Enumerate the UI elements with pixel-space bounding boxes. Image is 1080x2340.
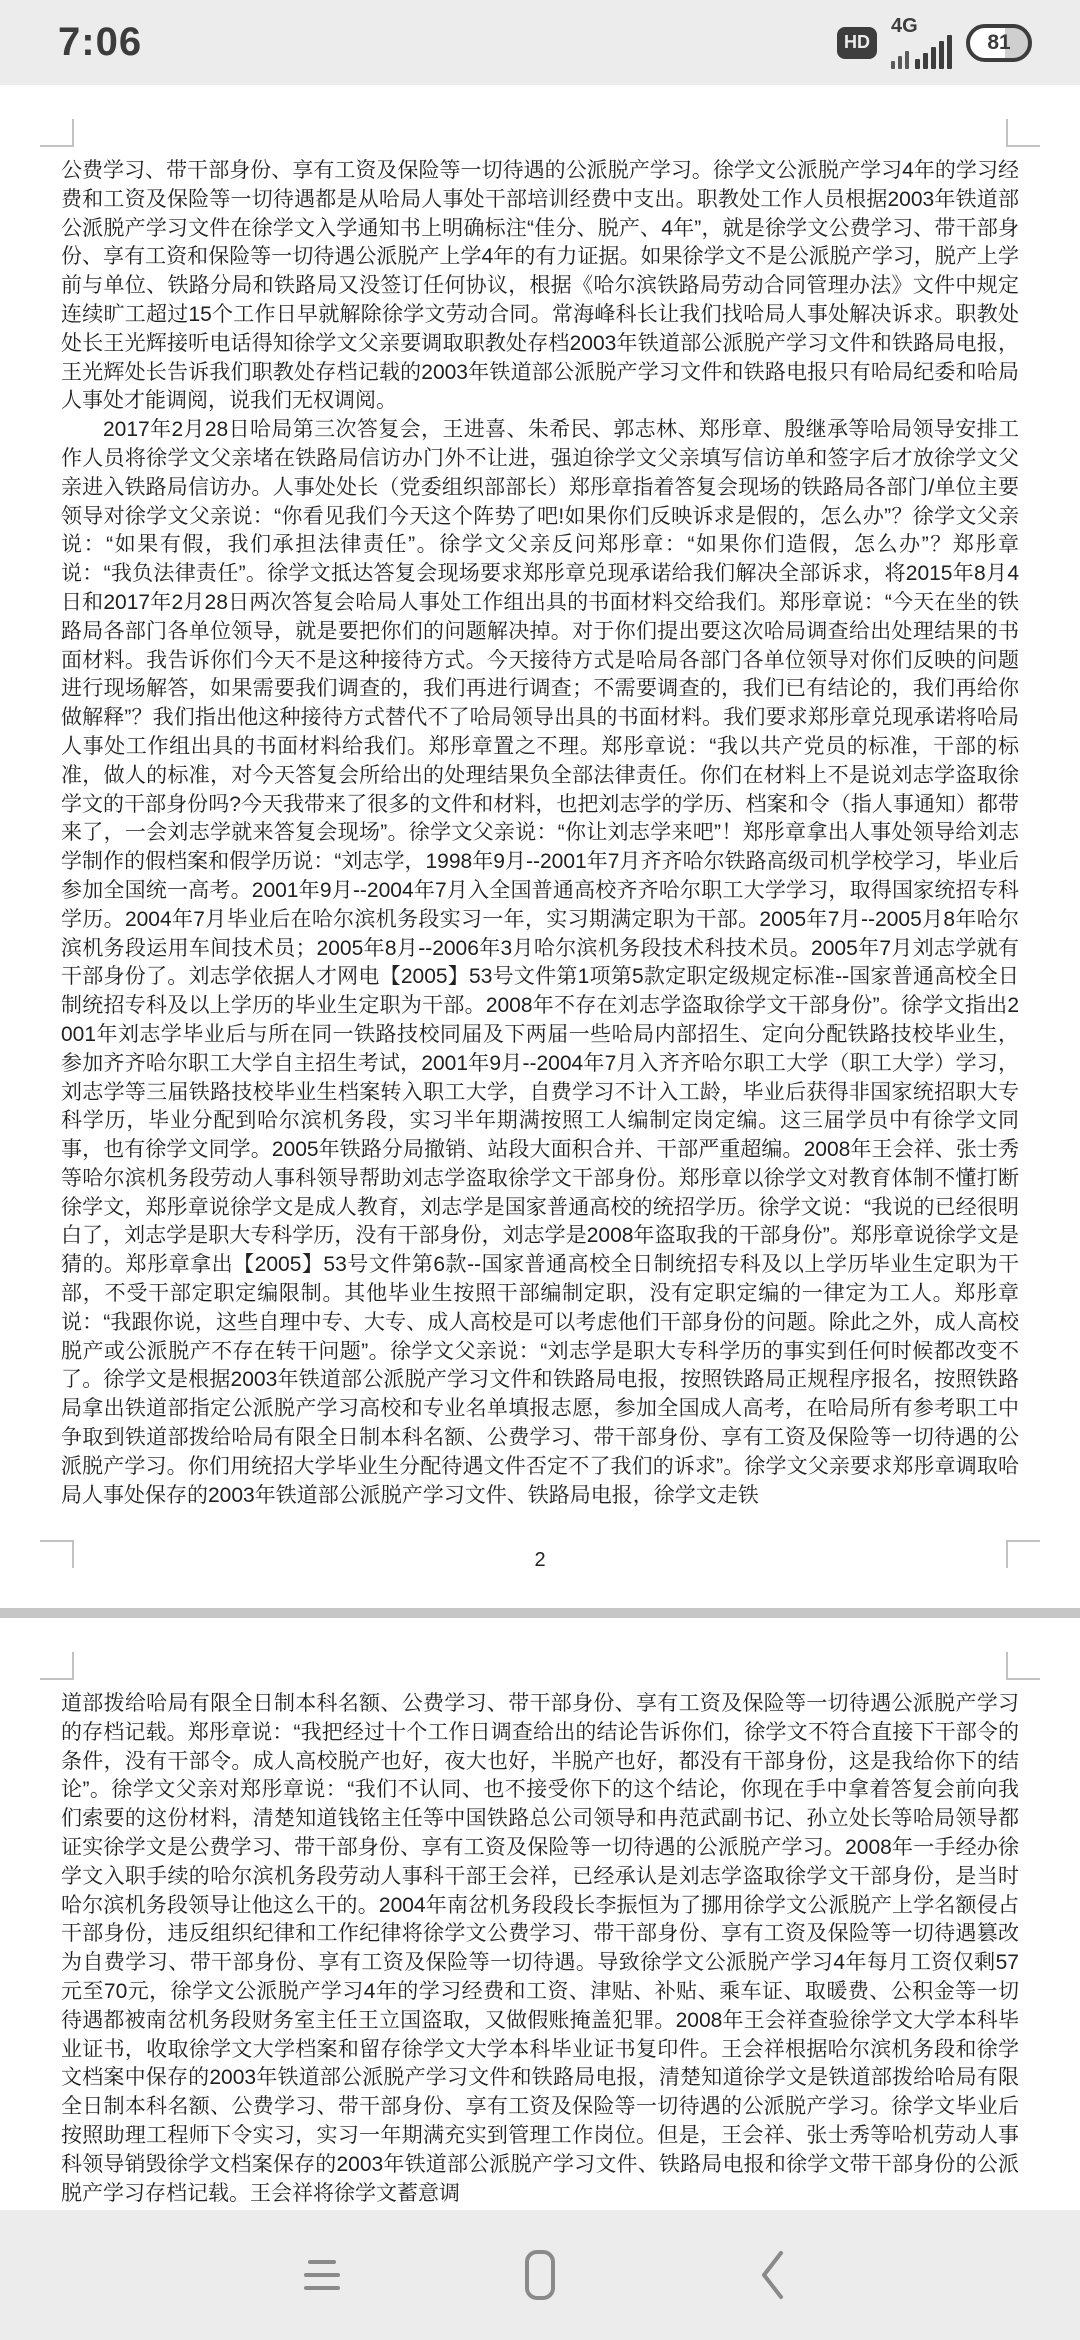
hd-volte-icon: HD [837, 27, 877, 59]
paragraph: 公费学习、带干部身份、享有工资及保险等一切待遇的公派脱产学习。徐学文公派脱产学习… [61, 157, 1019, 416]
battery-percent: 81 [987, 31, 1010, 55]
phone-screen: { "status_bar": { "time": "7:06", "hd_la… [0, 0, 1080, 2340]
page-number: 2 [0, 1549, 1080, 1572]
page-gap-divider [0, 1608, 1080, 1618]
battery-icon: 81 [966, 24, 1032, 62]
page-2-text: 道部拨给哈局有限全日制本科名额、公费学习、带干部身份、享有工资及保险等一切待遇公… [61, 1690, 1019, 2208]
document-page-2[interactable]: 道部拨给哈局有限全日制本科名额、公费学习、带干部身份、享有工资及保险等一切待遇公… [0, 1618, 1080, 2210]
back-button[interactable] [712, 2210, 832, 2340]
paragraph: 2017年2月28日哈局第三次答复会，王进喜、朱希民、郭志林、郑彤章、殷继承等哈… [61, 416, 1019, 1510]
document-scroll-area[interactable]: 公费学习、带干部身份、享有工资及保险等一切待遇的公派脱产学习。徐学文公派脱产学习… [0, 85, 1080, 2210]
clock-time: 7:06 [58, 20, 142, 65]
status-bar: 7:06 HD 4G 81 [0, 0, 1080, 85]
back-chevron-icon [759, 2250, 785, 2300]
document-page-1[interactable]: 公费学习、带干部身份、享有工资及保险等一切待遇的公派脱产学习。徐学文公派脱产学习… [0, 85, 1080, 1608]
cellular-signal-icon: 4G [891, 17, 952, 69]
page-1-text: 公费学习、带干部身份、享有工资及保险等一切待遇的公派脱产学习。徐学文公派脱产学习… [61, 157, 1019, 1510]
home-button[interactable] [480, 2210, 600, 2340]
status-icons: HD 4G 81 [837, 17, 1032, 69]
margin-crop-mark-top-left-icon [40, 1652, 74, 1680]
margin-crop-mark-top-right-icon [1006, 1652, 1040, 1680]
signal-bars-sim2-icon [891, 51, 909, 69]
recents-menu-button[interactable] [262, 2210, 382, 2340]
network-type-label: 4G [891, 15, 918, 38]
menu-icon [304, 2260, 340, 2290]
home-icon [525, 2250, 555, 2300]
system-navigation-bar [0, 2210, 1080, 2340]
margin-crop-mark-top-left-icon [40, 119, 74, 147]
paragraph: 道部拨给哈局有限全日制本科名额、公费学习、带干部身份、享有工资及保险等一切待遇公… [61, 1690, 1019, 2208]
margin-crop-mark-top-right-icon [1006, 119, 1040, 147]
signal-bars-sim1-icon [915, 35, 952, 69]
